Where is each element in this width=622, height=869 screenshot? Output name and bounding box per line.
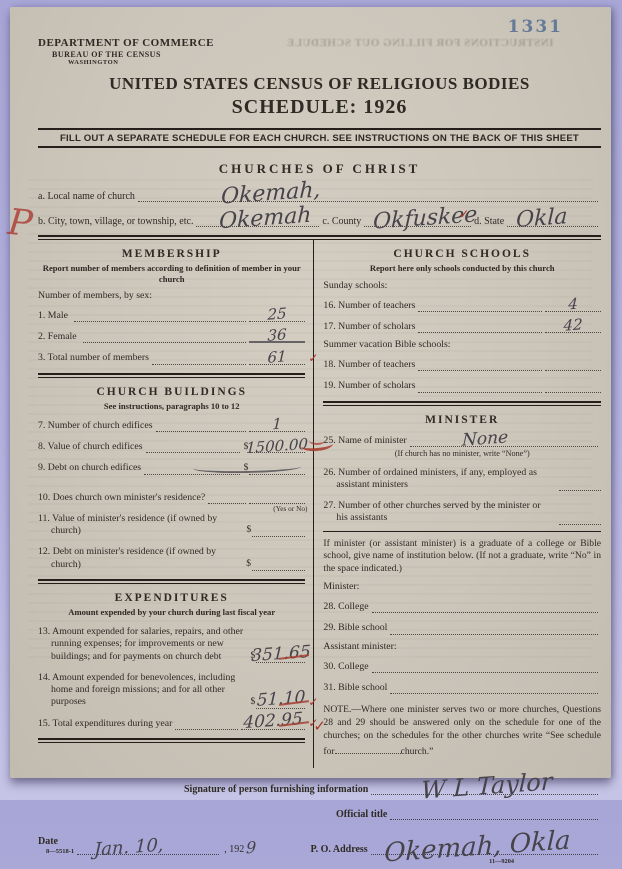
row-exp-salaries: 13. Amount expended for salaries, repair… xyxy=(38,626,305,663)
graduate-instruction: If minister (or assistant minister) is a… xyxy=(323,538,601,575)
row-vbs-teachers: 18. Number of teachers xyxy=(323,359,601,371)
question-label: 7. Number of church edifices xyxy=(38,420,153,432)
handwritten-value: 1 xyxy=(272,415,282,435)
answer-line xyxy=(559,521,601,525)
row-church-edifices: 7. Number of church edifices 1 xyxy=(38,420,305,432)
question-label: 25. Name of minister xyxy=(323,435,406,447)
city-county-state-row: b. City, town, village, or township, etc… xyxy=(38,216,601,227)
question-label: 10. Does church own minister's residence… xyxy=(38,492,205,504)
row-own-residence: 10. Does church own minister's residence… xyxy=(38,492,305,504)
right-column: CHURCH SCHOOLS Report here only schools … xyxy=(313,240,601,768)
handwritten-value: 1500.00 xyxy=(246,434,309,457)
thin-divider xyxy=(323,531,601,532)
red-checkmark: ✓ xyxy=(313,716,326,736)
department-name: DEPARTMENT OF COMMERCE xyxy=(38,37,601,50)
dotted-leader xyxy=(372,609,598,613)
handwritten-value: 25 xyxy=(268,305,288,325)
row-residence-debt: 12. Debt on minister's residence (if own… xyxy=(38,546,305,570)
row-ordained-ministers: 26. Number of ordained ministers, if any… xyxy=(323,467,601,491)
row-ss-scholars: 17. Number of scholars 42 xyxy=(323,321,601,333)
handwritten-value: 42 xyxy=(563,316,583,336)
question-label: 8. Value of church edifices xyxy=(38,441,143,453)
dotted-leader: Okfuskee ✓ xyxy=(364,223,471,227)
red-checkmark: ✓ xyxy=(308,695,318,710)
question-label: 15. Total expenditures during year xyxy=(38,718,172,730)
local-name-label: a. Local name of church xyxy=(38,191,135,202)
dotted-leader xyxy=(146,449,240,453)
dotted-leader xyxy=(74,318,246,322)
question-label: 18. Number of teachers xyxy=(323,359,415,371)
row-asst-bible-school: 31. Bible school xyxy=(323,682,601,694)
dotted-leader: None xyxy=(410,443,598,447)
question-label: 9. Debt on church edifices xyxy=(38,462,141,474)
section-divider xyxy=(323,401,601,406)
dotted-leader: Okemah, xyxy=(138,198,598,202)
membership-intro: Number of members, by sex: xyxy=(38,290,305,301)
dollar-sign: $ xyxy=(247,525,252,537)
note-tail: church.” xyxy=(401,746,434,757)
row-exp-total: 15. Total expenditures during year 402.9… xyxy=(38,718,305,730)
signature-row: Signature of person furnishing informati… xyxy=(184,784,601,795)
schools-subheading: Report here only schools conducted by th… xyxy=(323,263,601,273)
dotted-leader: Okemah xyxy=(196,223,319,227)
handwritten-value: 402.95 xyxy=(243,708,303,734)
red-margin-stroke xyxy=(309,436,325,445)
handwritten-value: 4 xyxy=(568,295,578,315)
dotted-leader: Okla xyxy=(507,223,598,227)
red-checkmark: ✓ xyxy=(308,351,318,366)
dotted-leader xyxy=(390,631,598,635)
row-female: 2. Female 36 xyxy=(38,331,305,343)
dotted-leader xyxy=(390,690,598,694)
expenditures-heading: EXPENDITURES xyxy=(38,592,305,604)
agency-block: DEPARTMENT OF COMMERCE BUREAU OF THE CEN… xyxy=(38,37,601,66)
red-margin-mark: P xyxy=(6,202,34,245)
dotted-leader: W L Taylor xyxy=(371,791,598,795)
question-label: 31. Bible school xyxy=(323,682,387,694)
question-label: 27. Number of other churches served by t… xyxy=(323,500,553,524)
question-label: 28. College xyxy=(323,601,368,613)
city-label: b. City, town, village, or township, etc… xyxy=(38,216,193,227)
answer-line: 25 xyxy=(249,318,305,322)
bureau-name: BUREAU OF THE CENSUS xyxy=(52,50,601,59)
row-ss-teachers: 16. Number of teachers 4 xyxy=(323,300,601,312)
handwritten-minister-name: None xyxy=(462,427,509,452)
dollar-sign: $ xyxy=(251,697,256,709)
red-checkmark: ✓ xyxy=(459,207,469,221)
assistant-minister-sublabel: Assistant minister: xyxy=(323,641,601,652)
question-label: 29. Bible school xyxy=(323,622,387,634)
answer-line: 1500.00 xyxy=(249,449,305,453)
agency-place: WASHINGTON xyxy=(68,59,601,66)
question-label: 14. Amount expended for benevolences, in… xyxy=(38,672,244,709)
answer-line: 36 xyxy=(249,338,305,343)
dotted-leader xyxy=(418,329,542,333)
question-label: 17. Number of scholars xyxy=(323,321,415,333)
question-label: 13. Amount expended for salaries, repair… xyxy=(38,626,244,663)
question-label: 30. College xyxy=(323,661,368,673)
question-label: 3. Total number of members xyxy=(38,352,149,364)
buildings-heading: CHURCH BUILDINGS xyxy=(38,386,305,398)
row-edifice-value: 8. Value of church edifices $ 1500.00 xyxy=(38,441,305,453)
schools-heading: CHURCH SCHOOLS xyxy=(323,248,601,260)
handwritten-value: 36 xyxy=(268,325,288,345)
answer-line: 402.95 ✓ xyxy=(241,726,305,730)
county-label: c. County xyxy=(322,216,361,227)
form-title: UNITED STATES CENSUS OF RELIGIOUS BODIES xyxy=(38,74,601,94)
denomination-heading: CHURCHES OF CHRIST xyxy=(38,161,601,177)
local-name-row: a. Local name of church Okemah, xyxy=(38,191,601,202)
row-vbs-scholars: 19. Number of scholars xyxy=(323,380,601,392)
question-label: 1. Male xyxy=(38,310,71,322)
form-schedule-year: SCHEDULE: 1926 xyxy=(38,96,601,119)
handwritten-value: 61 xyxy=(268,347,288,367)
row-total-members: 3. Total number of members 61 ✓ xyxy=(38,352,305,364)
census-form-page: INSTRUCTIONS FOR FILLING OUT SCHEDULE 13… xyxy=(10,7,611,778)
row-minister-name: 25. Name of minister None xyxy=(323,435,601,447)
dotted-leader xyxy=(418,308,542,312)
question-label: 2. Female xyxy=(38,331,80,343)
vbs-label: Summer vacation Bible schools: xyxy=(323,339,601,350)
dotted-leader xyxy=(418,389,542,393)
row-residence-value: 11. Value of minister's residence (if ow… xyxy=(38,513,305,537)
answer-line xyxy=(559,487,601,491)
minister-heading: MINISTER xyxy=(323,414,601,426)
handwritten-state: Okla xyxy=(516,204,568,233)
section-divider xyxy=(38,579,305,584)
shared-minister-note: ✓NOTE.—Where one minister serves two or … xyxy=(323,704,601,759)
answer-line xyxy=(252,533,305,537)
answer-line: 51.10 ✓ xyxy=(256,705,305,709)
answer-line: 351.65 xyxy=(256,659,305,663)
dotted-leader xyxy=(372,669,598,673)
question-label: 12. Debt on minister's residence (if own… xyxy=(38,546,239,570)
expenditures-subheading: Amount expended by your church during la… xyxy=(38,607,305,617)
dotted-leader xyxy=(418,367,542,371)
identity-section: P a. Local name of church Okemah, b. Cit… xyxy=(38,191,601,227)
minister-sublabel: Minister: xyxy=(323,581,601,592)
section-divider xyxy=(38,373,305,378)
row-bible-school: 29. Bible school xyxy=(323,622,601,634)
dollar-sign: $ xyxy=(246,559,251,571)
inline-blank xyxy=(335,743,401,754)
row-exp-benevolences: 14. Amount expended for benevolences, in… xyxy=(38,672,305,709)
question-label: 19. Number of scholars xyxy=(323,380,415,392)
dotted-leader xyxy=(208,500,246,504)
answer-line: (Yes or No) xyxy=(249,500,305,504)
dotted-leader xyxy=(175,726,238,730)
row-edifice-debt: 9. Debt on church edifices $ xyxy=(38,462,305,474)
question-label: 26. Number of ordained ministers, if any… xyxy=(323,467,553,491)
membership-subheading: Report number of members according to de… xyxy=(38,263,305,284)
yes-or-no-note: (Yes or No) xyxy=(273,504,307,513)
handwritten-signature: W L Taylor xyxy=(421,768,553,800)
section-divider xyxy=(38,738,305,743)
row-college: 28. College xyxy=(323,601,601,613)
left-column: MEMBERSHIP Report number of members acco… xyxy=(38,240,313,768)
question-label: 11. Value of minister's residence (if ow… xyxy=(38,513,240,537)
answer-line xyxy=(545,389,601,393)
question-label: 16. Number of teachers xyxy=(323,300,415,312)
answer-line: 61 ✓ xyxy=(249,361,305,365)
dotted-leader xyxy=(83,339,247,343)
row-male: 1. Male 25 xyxy=(38,310,305,322)
answer-line xyxy=(545,367,601,371)
answer-line: 4 xyxy=(545,308,601,312)
answer-line: 1 xyxy=(249,428,305,432)
answer-line xyxy=(252,567,305,571)
sunday-schools-label: Sunday schools: xyxy=(323,280,601,291)
signature-label: Signature of person furnishing informati… xyxy=(184,784,368,795)
row-other-churches: 27. Number of other churches served by t… xyxy=(323,500,601,524)
row-asst-college: 30. College xyxy=(323,661,601,673)
answer-line: 42 xyxy=(545,329,601,333)
state-label: d. State xyxy=(474,216,504,227)
instruction-banner: FILL OUT A SEPARATE SCHEDULE FOR EACH CH… xyxy=(38,128,601,148)
membership-heading: MEMBERSHIP xyxy=(38,248,305,260)
buildings-subheading: See instructions, paragraphs 10 to 12 xyxy=(38,401,305,411)
handwritten-city: Okemah xyxy=(218,203,311,235)
dotted-leader xyxy=(152,361,246,365)
dotted-leader xyxy=(156,428,247,432)
